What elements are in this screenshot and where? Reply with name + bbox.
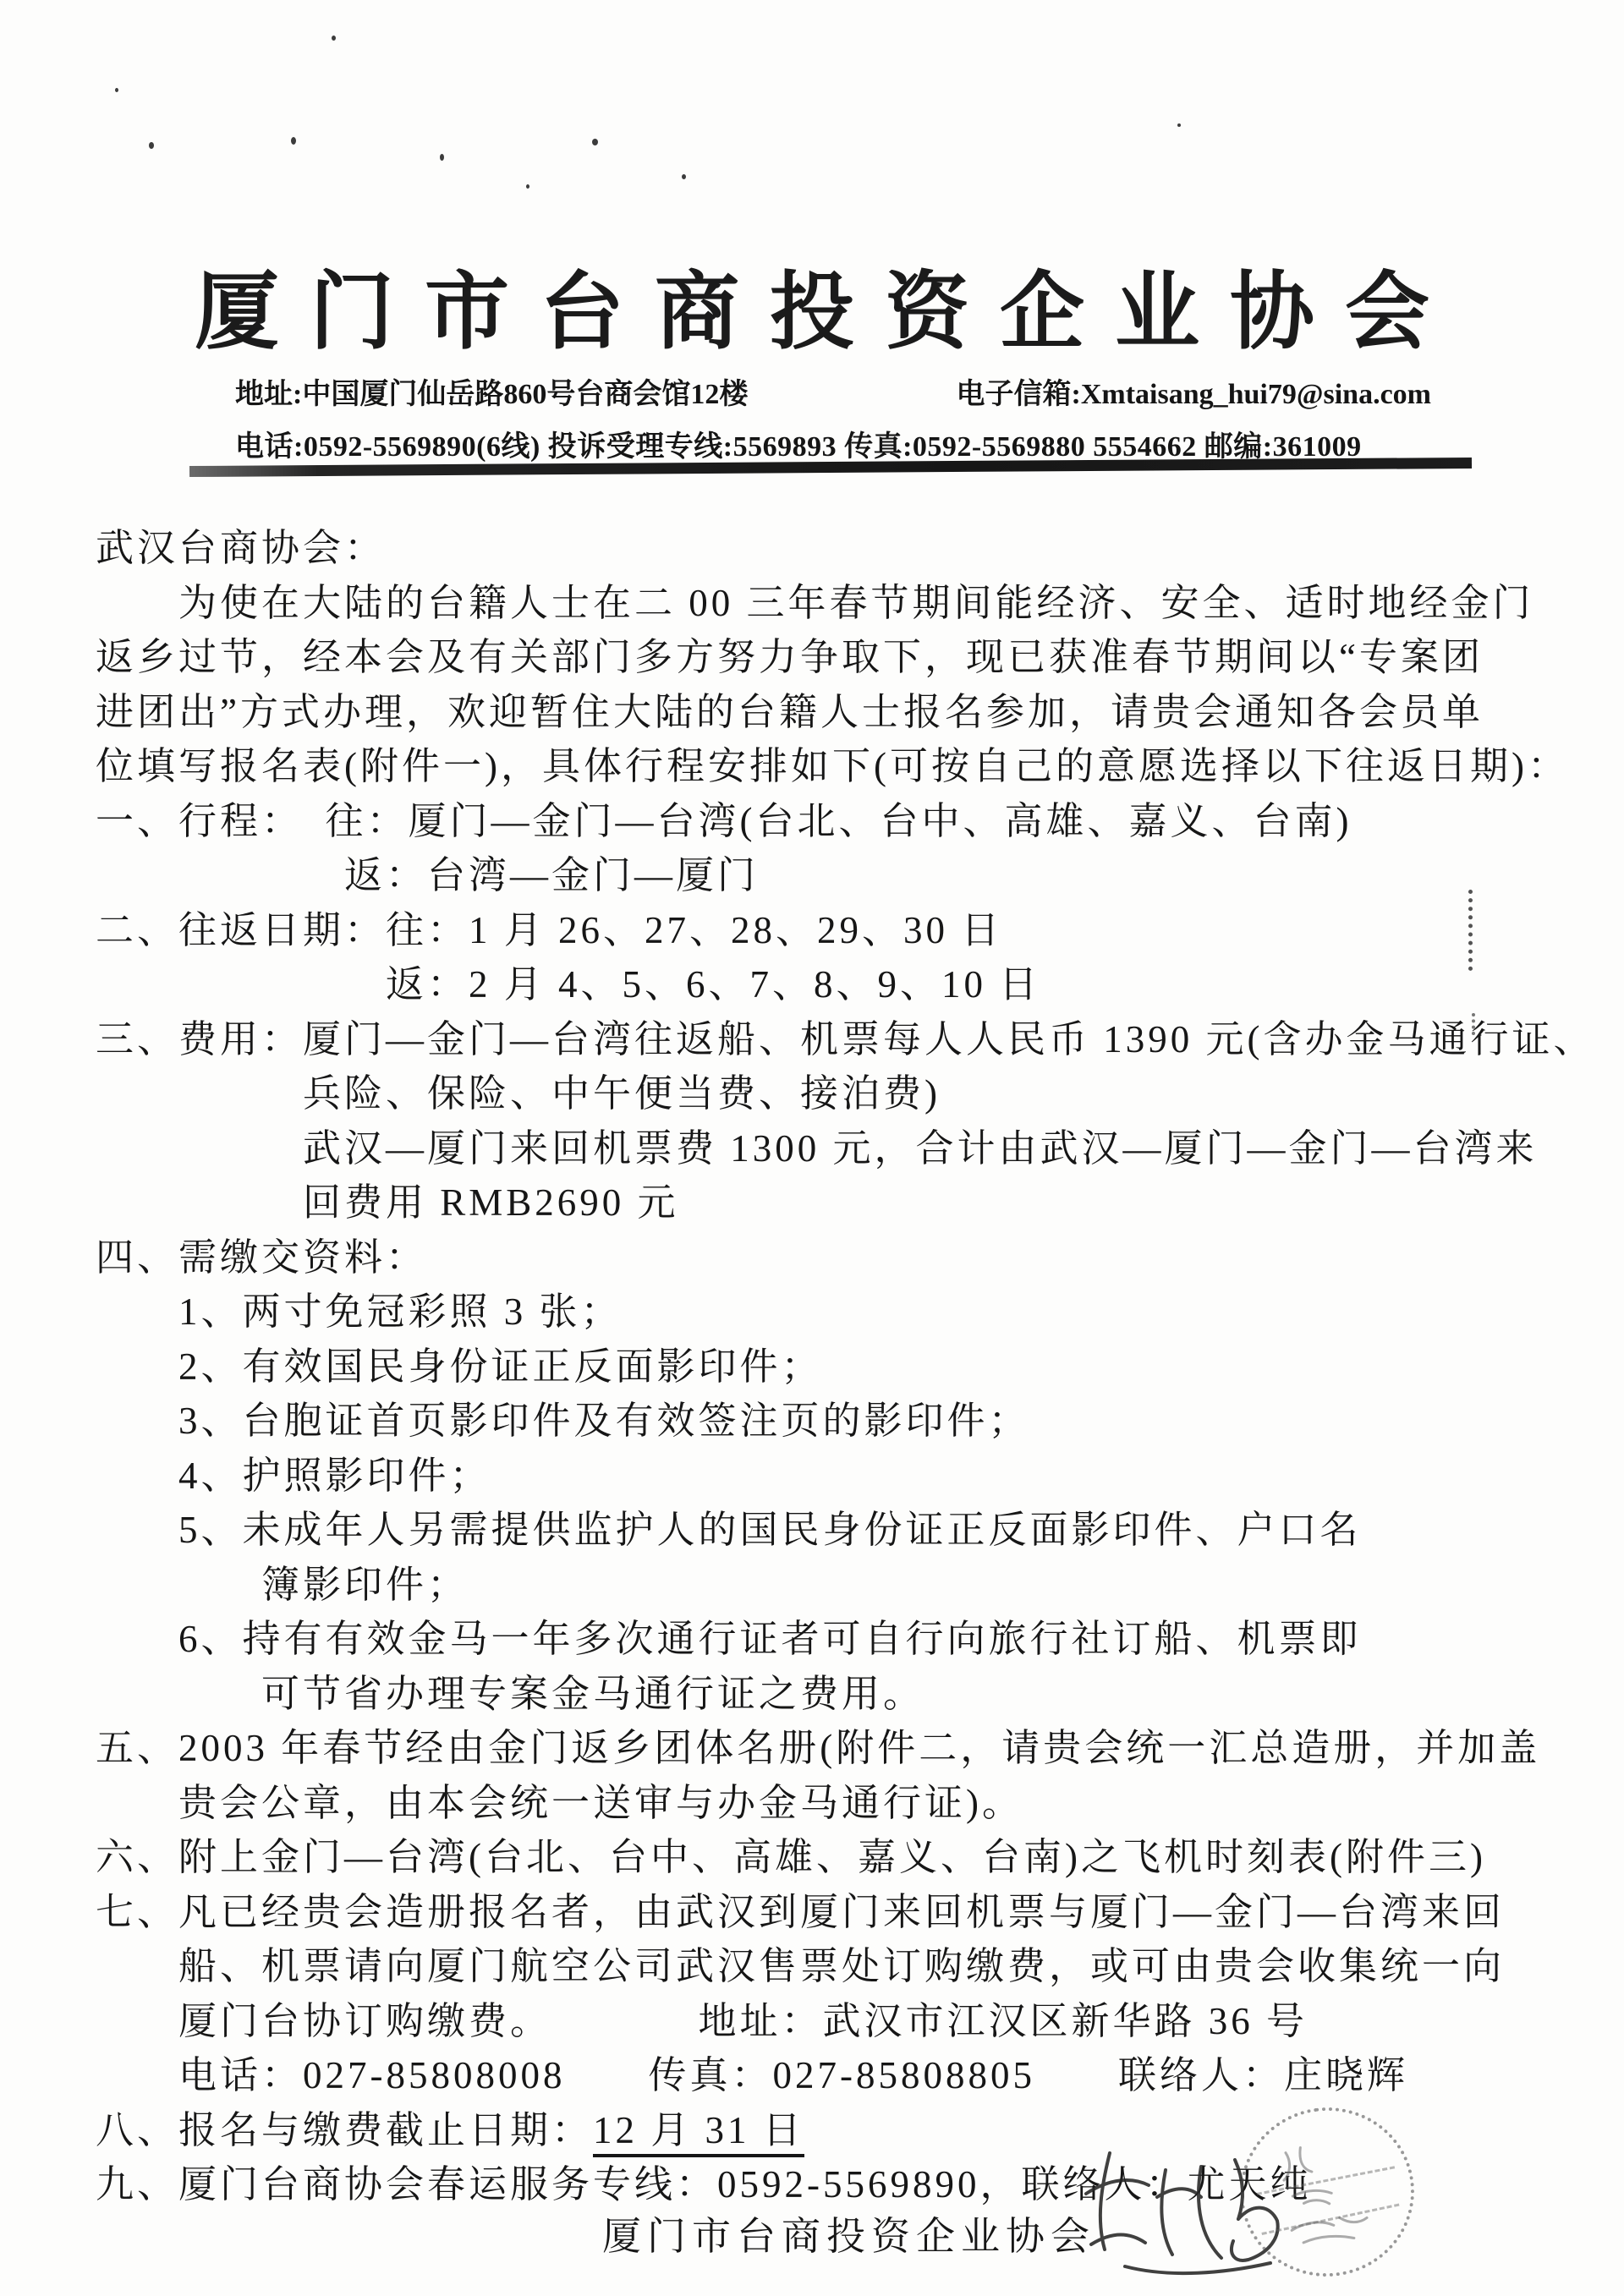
- document-line: 4、护照影印件；: [96, 1449, 1584, 1504]
- scan-speck: [115, 88, 118, 92]
- scan-speck: [526, 184, 529, 189]
- document-line: 簿影印件；: [96, 1558, 1584, 1613]
- letterhead-phone-line: 电话:0592-5569890(6线) 投诉受理专线:5569893 传真:05…: [235, 423, 1431, 464]
- oval-ink-stamp-icon: [1231, 2097, 1424, 2287]
- scan-speck: [592, 139, 598, 145]
- document-body: 武汉台商协会： 为使在大陆的台籍人士在二 00 三年春节期间能经济、安全、适时地…: [96, 521, 1584, 2212]
- document-line: 二、往返日期：往：1 月 26、27、28、29、30 日: [96, 903, 1584, 958]
- document-line: 五、2003 年春节经由金门返乡团体名册(附件二，请贵会统一汇总造册，并加盖: [96, 1721, 1584, 1776]
- document-line: 可节省办理专案金马通行证之费用。: [96, 1667, 1584, 1722]
- document-line: 一、行程： 往：厦门—金门—台湾(台北、台中、高雄、嘉义、台南): [96, 794, 1584, 849]
- scan-speck: [291, 137, 296, 145]
- document-line: 武汉台商协会：: [96, 521, 1584, 576]
- document-line: 返：2 月 4、5、6、7、8、9、10 日: [96, 957, 1584, 1012]
- document-line: 回费用 RMB2690 元: [96, 1175, 1584, 1230]
- page-title: 厦门市台商投资企业协会: [0, 244, 1624, 365]
- document-line: 6、持有有效金马一年多次通行证者可自行向旅行社订船、机票即: [96, 1612, 1584, 1667]
- deadline-label: 八、报名与缴费截止日期：: [96, 2109, 593, 2151]
- scan-speck: [149, 142, 154, 149]
- deadline-date-underlined: 12 月 31 日: [593, 2109, 804, 2157]
- document-line: 为使在大陆的台籍人士在二 00 三年春节期间能经济、安全、适时地经金门: [96, 576, 1584, 631]
- document-line: 返乡过节，经本会及有关部门多方努力争取下，现已获准春节期间以“专案团: [96, 630, 1584, 685]
- document-line: 四、需缴交资料：: [96, 1230, 1584, 1285]
- letterhead-contact-block: 地址:中国厦门仙岳路860号台商会馆12楼 电子信箱:Xmtaisang_hui…: [235, 370, 1431, 464]
- scan-speck: [440, 154, 444, 161]
- scan-edge-artifact: [1472, 1013, 1481, 1035]
- document-line: 兵险、保险、中午便当费、接泊费): [96, 1066, 1584, 1121]
- document-line: 贵会公章，由本会统一送审与办金马通行证)。: [96, 1776, 1584, 1831]
- document-line: 位填写报名表(附件一)，具体行程安排如下(可按自己的意愿选择以下往返日期)：: [96, 739, 1584, 794]
- document-line: 三、费用：厦门—金门—台湾往返船、机票每人人民币 1390 元(含办金马通行证、: [96, 1012, 1584, 1067]
- document-line: 厦门台协订购缴费。 地址：武汉市江汉区新华路 36 号: [96, 1994, 1584, 2049]
- closing-org-name: 厦门市台商投资企业协会: [602, 2206, 1095, 2261]
- letterhead-address: 地址:中国厦门仙岳路860号台商会馆12楼: [235, 370, 748, 412]
- document-line: 进团出”方式办理，欢迎暂住大陆的台籍人士报名参加，请贵会通知各会员单: [96, 685, 1584, 740]
- document-line: 2、有效国民身份证正反面影印件；: [96, 1340, 1584, 1395]
- scan-speck: [682, 174, 686, 179]
- document-line: 船、机票请向厦门航空公司武汉售票处订购缴费，或可由贵会收集统一向: [96, 1939, 1584, 1994]
- document-line: 3、台胞证首页影印件及有效签注页的影印件；: [96, 1394, 1584, 1449]
- scanned-letter-page: 厦门市台商投资企业协会 地址:中国厦门仙岳路860号台商会馆12楼 电子信箱:X…: [0, 0, 1624, 2296]
- document-line: 七、凡已经贵会造册报名者，由武汉到厦门来回机票与厦门—金门—台湾来回: [96, 1885, 1584, 1940]
- scan-edge-artifact: [1468, 890, 1473, 971]
- document-line: 1、两寸免冠彩照 3 张；: [96, 1285, 1584, 1340]
- document-line: 返：台湾—金门—厦门: [96, 848, 1584, 903]
- document-line: 电话：027-85808008 传真：027-85808805 联络人：庄晓辉: [96, 2048, 1584, 2103]
- document-line: 六、附上金门—台湾(台北、台中、高雄、嘉义、台南)之飞机时刻表(附件三): [96, 1830, 1584, 1885]
- letterhead-email: 电子信箱:Xmtaisang_hui79@sina.com: [957, 370, 1432, 412]
- document-line: 5、未成年人另需提供监护人的国民身份证正反面影印件、户口名: [96, 1503, 1584, 1558]
- document-line: 武汉—厦门来回机票费 1300 元，合计由武汉—厦门—金门—台湾来: [96, 1121, 1584, 1176]
- scan-speck: [332, 36, 336, 41]
- scan-speck: [1177, 123, 1181, 127]
